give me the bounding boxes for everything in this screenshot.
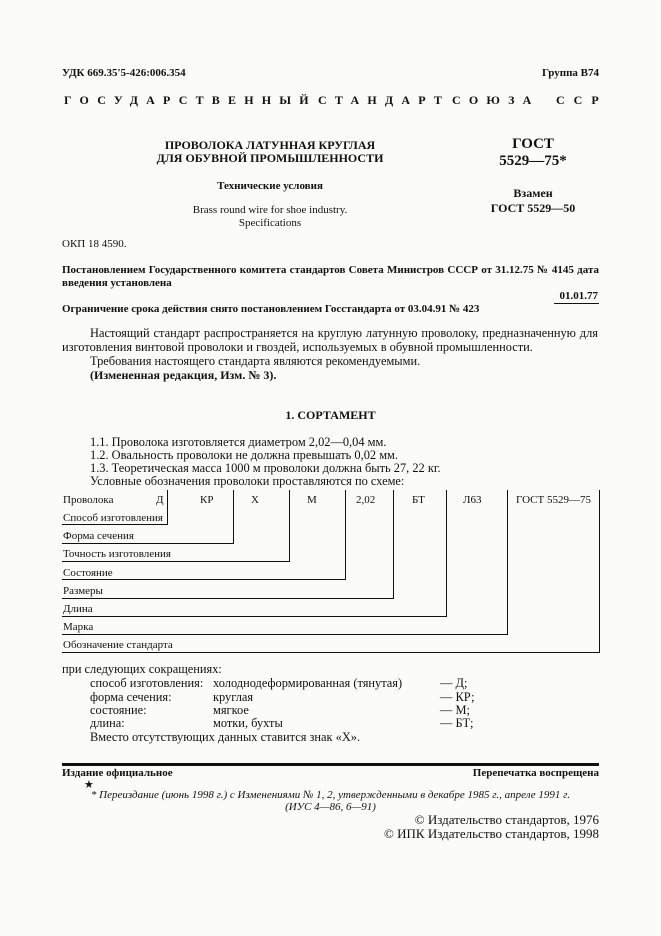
abbrev-code: — Д;	[440, 676, 467, 691]
scheme-code-d: Д	[156, 494, 164, 506]
official-edition: Издание официальное	[62, 767, 173, 779]
bracket-v-8	[599, 490, 600, 653]
bracket-v-6	[446, 490, 447, 617]
bracket-h-4	[62, 579, 346, 580]
bracket-h-2	[62, 543, 234, 544]
scheme-code-bt: БТ	[412, 494, 425, 506]
group-code: Группа В74	[542, 67, 599, 79]
abbrev-param: длина:	[90, 716, 125, 731]
bracket-h-7	[62, 634, 508, 635]
doc-title-line2: ДЛЯ ОБУВНОЙ ПРОМЫШЛЕННОСТИ	[140, 151, 400, 166]
missing-data-note: Вместо отсутствующих данных ставится зна…	[90, 730, 360, 745]
scheme-code-kr: КР	[200, 494, 213, 506]
bracket-h-1	[62, 524, 168, 525]
banner-word-1: ГОСУДАРСТВЕННЫЙ	[64, 93, 317, 108]
scheme-label-size: Размеры	[63, 585, 103, 597]
banner-word-2: СТАНДАРТ	[318, 93, 450, 108]
bracket-v-3	[289, 490, 290, 562]
scheme-label-length: Длина	[63, 603, 93, 615]
english-title-line1: Brass round wire for shoe industry.	[140, 204, 400, 216]
decree-text-line1: Постановлением Государственного комитета…	[62, 264, 599, 276]
gost-number: 5529—75*	[478, 153, 588, 170]
bracket-v-2	[233, 490, 234, 544]
bracket-h-6	[62, 616, 447, 617]
section-heading: 1. СОРТАМЕНТ	[62, 408, 599, 423]
scheme-label-shape: Форма сечения	[63, 530, 134, 542]
bracket-h-3	[62, 561, 290, 562]
bracket-v-1	[167, 490, 168, 525]
bracket-v-7	[507, 490, 508, 635]
scheme-code-grade: Л63	[463, 494, 481, 506]
abbrev-param: способ изготовления:	[90, 676, 203, 691]
udk-code: УДК 669.35'5-426:006.354	[62, 67, 186, 79]
replaces-value: ГОСТ 5529—50	[478, 201, 588, 216]
bracket-v-5	[393, 490, 394, 599]
scheme-label-grade: Марка	[63, 621, 93, 633]
bracket-v-4	[345, 490, 346, 580]
replaces-label: Взамен	[478, 186, 588, 201]
scheme-label-accuracy: Точность изготовления	[63, 548, 171, 560]
english-title-line2: Specifications	[140, 217, 400, 229]
doc-subtitle: Технические условия	[140, 180, 400, 192]
footer-rule	[62, 763, 599, 766]
intro-recommendation: Требования настоящего стандарта являются…	[90, 354, 420, 369]
amendment-note: (Измененная редакция, Изм. № 3).	[90, 368, 276, 383]
abbrev-value: мотки, бухты	[213, 716, 283, 731]
scheme-code-x: X	[251, 494, 259, 506]
scheme-label-standard: Обозначение стандарта	[63, 639, 173, 651]
scheme-code-standard: ГОСТ 5529—75	[516, 494, 591, 506]
abbrev-value: холоднодеформированная (тянутая)	[213, 676, 402, 691]
abbrev-code: — БТ;	[440, 716, 473, 731]
scheme-label-condition: Состояние	[63, 567, 113, 579]
bracket-h-5	[62, 598, 394, 599]
reprint-prohibited: Перепечатка воспрещена	[473, 767, 599, 779]
bracket-h-8	[62, 652, 600, 653]
gost-label: ГОСТ	[478, 136, 588, 153]
scheme-code-size: 2,02	[356, 494, 375, 506]
abbrev-intro: при следующих сокращениях:	[62, 662, 222, 677]
copyright-1998: © ИПК Издательство стандартов, 1998	[384, 826, 599, 842]
scheme-intro: Условные обозначения проволоки проставля…	[90, 474, 404, 489]
scheme-code-m: М	[307, 494, 317, 506]
okp-code: ОКП 18 4590.	[62, 238, 126, 250]
scheme-lead: Проволока	[63, 494, 113, 506]
intro-paragraph: Настоящий стандарт распространяется на к…	[62, 326, 598, 354]
banner-word-4: ССР	[556, 93, 608, 108]
banner-word-3: СОЮЗА	[452, 93, 540, 108]
decree-text-line2: введения установлена	[62, 277, 172, 289]
date-underline	[554, 303, 599, 304]
scheme-label-method: Способ изготовления	[63, 512, 163, 524]
limitation-text: Ограничение срока действия снято постано…	[62, 303, 479, 315]
effective-date: 01.01.77	[560, 290, 599, 302]
reissue-note-line1: * Переиздание (июнь 1998 г.) с Изменения…	[62, 789, 599, 801]
